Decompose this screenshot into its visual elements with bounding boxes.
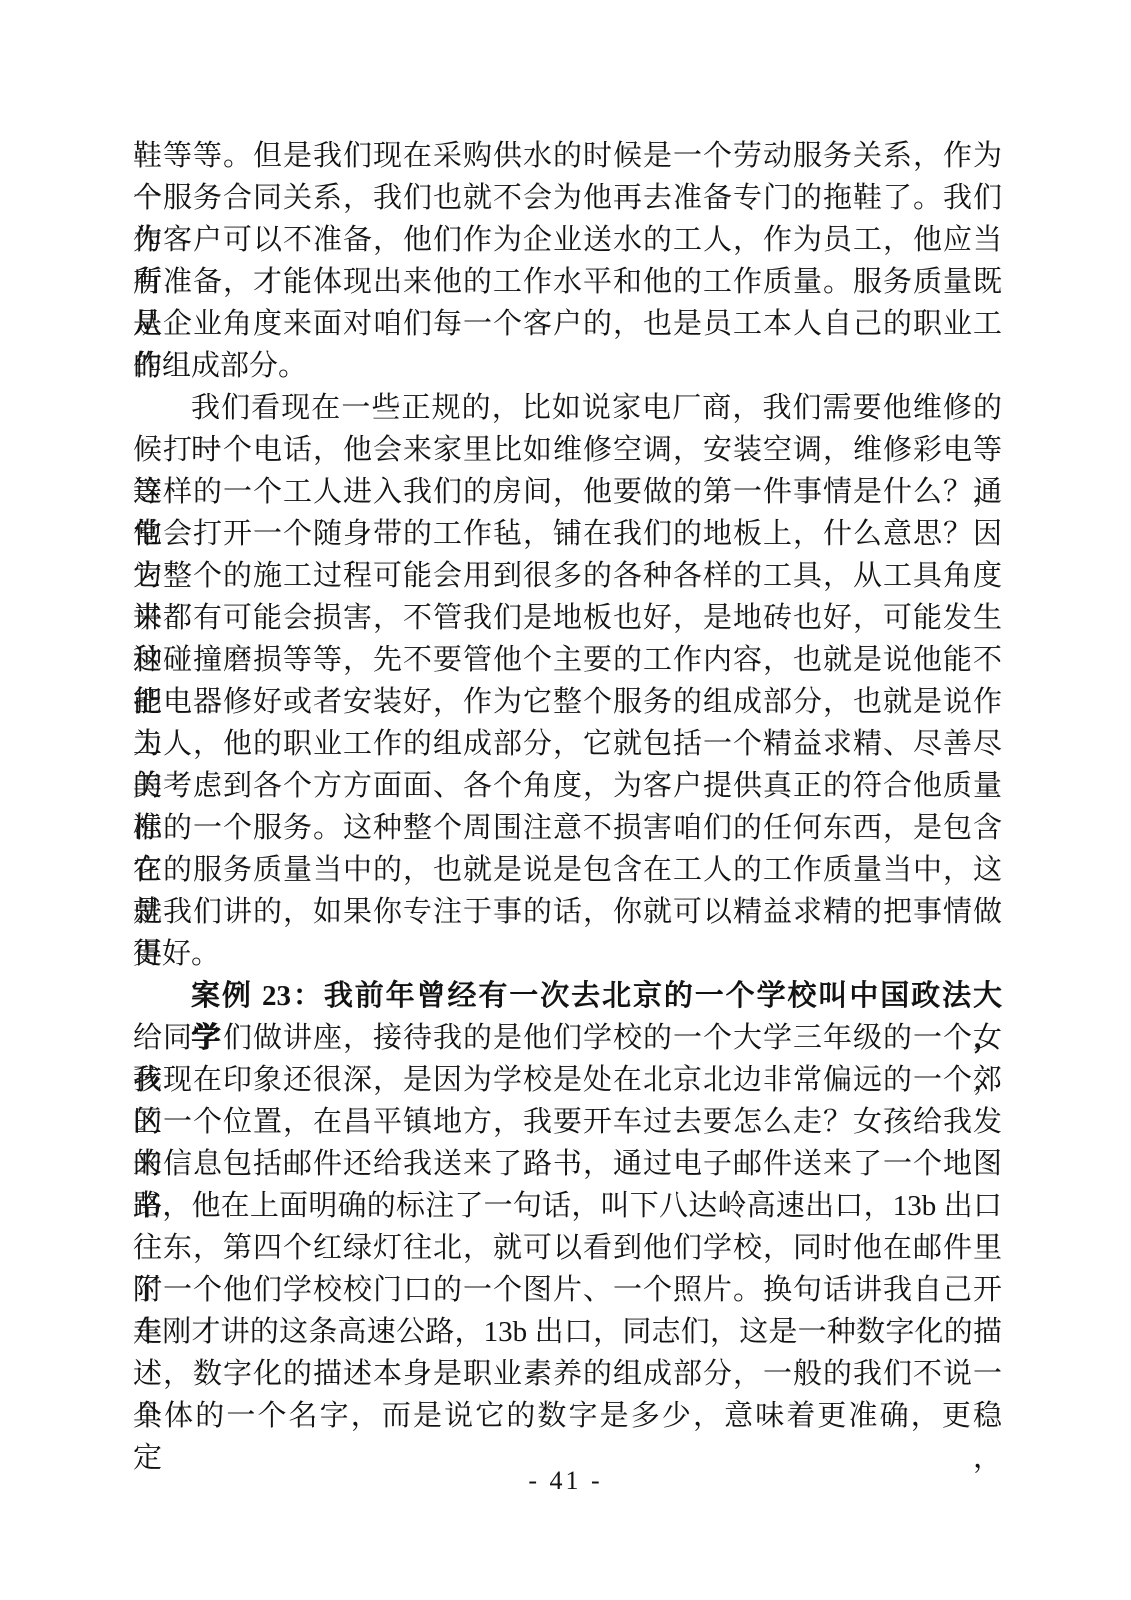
- text-line: 的考虑到各个方方面面、各个角度，为客户提供真正的符合他质量标: [133, 765, 1002, 807]
- text-line: 它的服务质量当中的，也就是说是包含在工人的工作质量当中，这就: [133, 849, 1002, 891]
- text-line: 工人，他的职业工作的组成部分，它就包括一个精益求精、尽善尽美: [133, 723, 1002, 765]
- text-line: 个服务合同关系，我们也就不会为他再去准备专门的拖鞋了。我们作: [133, 177, 1002, 219]
- text-line: 为客户可以不准备，他们作为企业送水的工人，作为员工，他应当有: [133, 219, 1002, 261]
- text-line: 是我们讲的，如果你专注于事的话，你就可以精益求精的把事情做得: [133, 891, 1002, 933]
- text-line-paragraph-end: 的组成部分。: [133, 345, 1002, 387]
- text-line: 走刚才讲的这条高速公路，13b 出口，同志们，这是一种数字化的描: [133, 1311, 1002, 1353]
- text-line: 这样的一个工人进入我们的房间，他要做的第一件事情是什么？通常: [133, 471, 1002, 513]
- case-heading-line: 案例 23：我前年曾经有一次去北京的一个学校叫中国政法大学，: [133, 975, 1002, 1017]
- text-line: 的信息包括邮件还给我送来了路书，通过电子邮件送来了一个地图路: [133, 1143, 1002, 1185]
- text-line: 它整个的施工过程可能会用到很多的各种各样的工具，从工具角度来: [133, 555, 1002, 597]
- text-line: 所准备，才能体现出来他的工作水平和他的工作质量。服务质量既是: [133, 261, 1002, 303]
- text-line: 讲都有可能会损害，不管我们是地板也好，是地砖也好，可能发生这: [133, 597, 1002, 639]
- text-block: 鞋等等。但是我们现在采购供水的时候是一个劳动服务关系，作为一 个服务合同关系，我…: [133, 135, 1002, 1437]
- text-line: 往东，第四个红绿灯往北，就可以看到他们学校，同时他在邮件里附: [133, 1227, 1002, 1269]
- page-number: - 41 -: [0, 1466, 1131, 1496]
- text-line-paragraph-end: 更好。: [133, 933, 1002, 975]
- text-line: 鞋等等。但是我们现在采购供水的时候是一个劳动服务关系，作为一: [133, 135, 1002, 177]
- text-line: 了一个他们学校校门口的一个图片、一个照片。换句话讲我自己开车: [133, 1269, 1002, 1311]
- text-line: 他会打开一个随身带的工作毡，铺在我们的地板上，什么意思？因为: [133, 513, 1002, 555]
- text-line: 候打一个电话，他会来家里比如维修空调，安装空调，维修彩电等等，: [133, 429, 1002, 471]
- text-line: 给同学们做讲座，接待我的是他们学校的一个大学三年级的一个女孩，: [133, 1017, 1002, 1059]
- text-line: 具体的一个名字，而是说它的数字是多少，意味着更准确，更稳定，: [133, 1395, 1002, 1437]
- document-page: 鞋等等。但是我们现在采购供水的时候是一个劳动服务关系，作为一 个服务合同关系，我…: [0, 0, 1131, 1600]
- text-line: 从企业角度来面对咱们每一个客户的，也是员工本人自己的职业工作: [133, 303, 1002, 345]
- text-line: 述，数字化的描述本身是职业素养的组成部分，一般的我们不说一个: [133, 1353, 1002, 1395]
- text-line: 准的一个服务。这种整个周围注意不损害咱们的任何东西，是包含在: [133, 807, 1002, 849]
- text-line: 把电器修好或者安装好，作为它整个服务的组成部分，也就是说作为: [133, 681, 1002, 723]
- text-line: 的一个位置，在昌平镇地方，我要开车过去要怎么走？女孩给我发来: [133, 1101, 1002, 1143]
- text-line: 书，他在上面明确的标注了一句话，叫下八达岭高速出口，13b 出口: [133, 1185, 1002, 1227]
- text-line: 种碰撞磨损等等，先不要管他个主要的工作内容，也就是说他能不能: [133, 639, 1002, 681]
- text-line-paragraph-start: 我们看现在一些正规的，比如说家电厂商，我们需要他维修的时: [133, 387, 1002, 429]
- text-line: 我现在印象还很深，是因为学校是处在北京北边非常偏远的一个郊区: [133, 1059, 1002, 1101]
